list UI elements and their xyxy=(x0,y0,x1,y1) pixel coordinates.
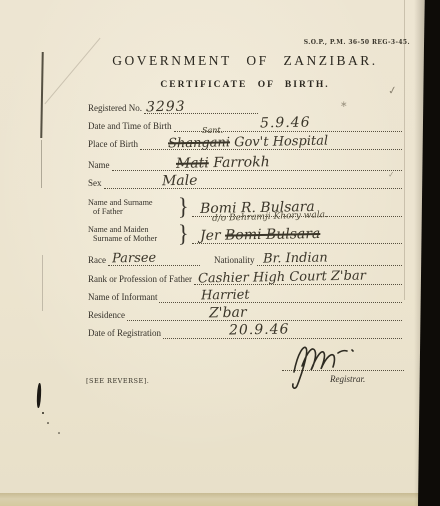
dotted-line: Sant. Shangani Gov't Hospital xyxy=(140,136,402,150)
field-value-handwritten: 5.9.46 xyxy=(259,115,310,132)
field-value-handwritten: 20.9.46 xyxy=(229,321,290,338)
dotted-line: Parsee xyxy=(108,252,200,266)
dotted-line xyxy=(192,243,402,244)
scanned-birth-certificate: S.O.P., P.M. 36-50 REG-3-45. GOVERNMENT … xyxy=(0,0,440,506)
field-label: Rank or Profession of Father xyxy=(88,274,194,285)
field-label: Name and Surname of Father xyxy=(88,198,178,217)
dotted-line: Male xyxy=(104,175,403,189)
field-value-handwritten: Cashier High Court Z'bar xyxy=(198,269,366,287)
field-value-handwritten: Parsee xyxy=(112,251,156,267)
field-value-kept: Jer xyxy=(199,228,220,244)
ink-speck xyxy=(42,412,44,414)
field-label: Registered No. xyxy=(88,103,144,114)
field-place-of-birth: Place of Birth Sant. Shangani Gov't Hosp… xyxy=(88,136,402,150)
struck-through-text: Mati xyxy=(175,155,208,172)
field-name-of-informant: Name of Informant Harriet xyxy=(88,289,402,303)
dotted-line: Cashier High Court Z'bar xyxy=(194,271,402,285)
field-value-handwritten: Male xyxy=(161,173,197,190)
field-date-of-registration: Date of Registration 20.9.46 xyxy=(88,325,402,339)
registrar-caption: Registrar. xyxy=(330,374,365,384)
dotted-line: 20.9.46 xyxy=(163,325,402,339)
field-value-kept: Farrokh xyxy=(213,154,270,171)
field-race-nationality: Race Parsee Nationality Br. Indian xyxy=(88,252,402,266)
field-label-line1: Name and Surname xyxy=(88,198,153,207)
field-value-handwritten: Harriet xyxy=(201,288,250,304)
dotted-line: Z'bar xyxy=(127,307,402,321)
dotted-line: Jer Bomi Bulsara xyxy=(192,222,402,246)
document-title: GOVERNMENT OF ZANZIBAR. xyxy=(50,53,440,69)
field-label: Residence xyxy=(88,310,127,321)
fold-crease-line xyxy=(42,255,43,311)
field-residence: Residence Z'bar xyxy=(88,307,402,321)
field-value-handwritten: Shangani Gov't Hospital xyxy=(168,134,328,152)
signature-dotted-line xyxy=(282,370,404,371)
field-value-handwritten: Z'bar xyxy=(209,305,247,322)
field-value-kept: Gov't Hospital xyxy=(234,134,328,151)
field-value-handwritten: Mati Farrokh xyxy=(175,154,269,172)
struck-through-text: Shangani xyxy=(168,135,230,151)
field-label: Name of Informant xyxy=(88,292,159,303)
field-label-nationality: Nationality xyxy=(214,255,257,266)
document-subtitle: CERTIFICATE OF BIRTH. xyxy=(50,80,440,90)
handwritten-insertion: Sant. xyxy=(202,126,223,135)
field-name: Name Mati Farrokh xyxy=(88,157,402,171)
field-label: Sex xyxy=(88,178,104,189)
diagonal-crease-line xyxy=(44,38,100,105)
fold-crease-line xyxy=(40,52,43,138)
ink-speck xyxy=(58,432,60,434)
underlying-page-strip xyxy=(0,493,440,506)
field-label: Place of Birth xyxy=(88,139,140,150)
fold-crease-line xyxy=(41,140,42,188)
field-label: Date and Time of Birth xyxy=(88,121,174,132)
see-reverse-note: [SEE REVERSE]. xyxy=(86,377,149,385)
field-value-handwritten: Jer Bomi Bulsara xyxy=(199,226,320,244)
field-mother: Name and Maiden Surname of Mother } Jer … xyxy=(88,221,402,247)
dotted-line: Mati Farrokh xyxy=(112,157,403,171)
field-label: Name xyxy=(88,160,112,171)
field-value-handwritten: Br. Indian xyxy=(262,250,327,266)
brace-glyph: } xyxy=(178,220,192,249)
ink-speck xyxy=(47,422,49,424)
field-sex: Sex Male xyxy=(88,175,402,189)
field-label-line2: Surname of Mother xyxy=(88,234,178,244)
dotted-line: 3293 xyxy=(144,100,258,114)
form-code: S.O.P., P.M. 36-50 REG-3-45. xyxy=(304,39,410,46)
struck-through-text: Bomi Bulsara xyxy=(224,226,320,244)
field-label-race: Race xyxy=(88,255,108,266)
field-date-time-of-birth: Date and Time of Birth 5.9.46 xyxy=(88,118,402,132)
pencil-asterisk-mark: ∗ xyxy=(340,100,348,110)
field-label: Name and Maiden Surname of Mother xyxy=(88,225,178,244)
ink-blot xyxy=(36,383,41,408)
brace-glyph: } xyxy=(178,193,192,222)
field-label-line1: Name and Maiden xyxy=(88,225,148,234)
field-label: Date of Registration xyxy=(88,328,163,339)
dotted-line: Br. Indian xyxy=(257,252,403,266)
dotted-line: Harriet xyxy=(159,289,402,303)
field-registered-no: Registered No. 3293 xyxy=(88,100,258,114)
field-label-line2: of Father xyxy=(88,207,178,217)
field-rank-or-profession: Rank or Profession of Father Cashier Hig… xyxy=(88,271,402,285)
field-value-handwritten: 3293 xyxy=(146,99,186,116)
